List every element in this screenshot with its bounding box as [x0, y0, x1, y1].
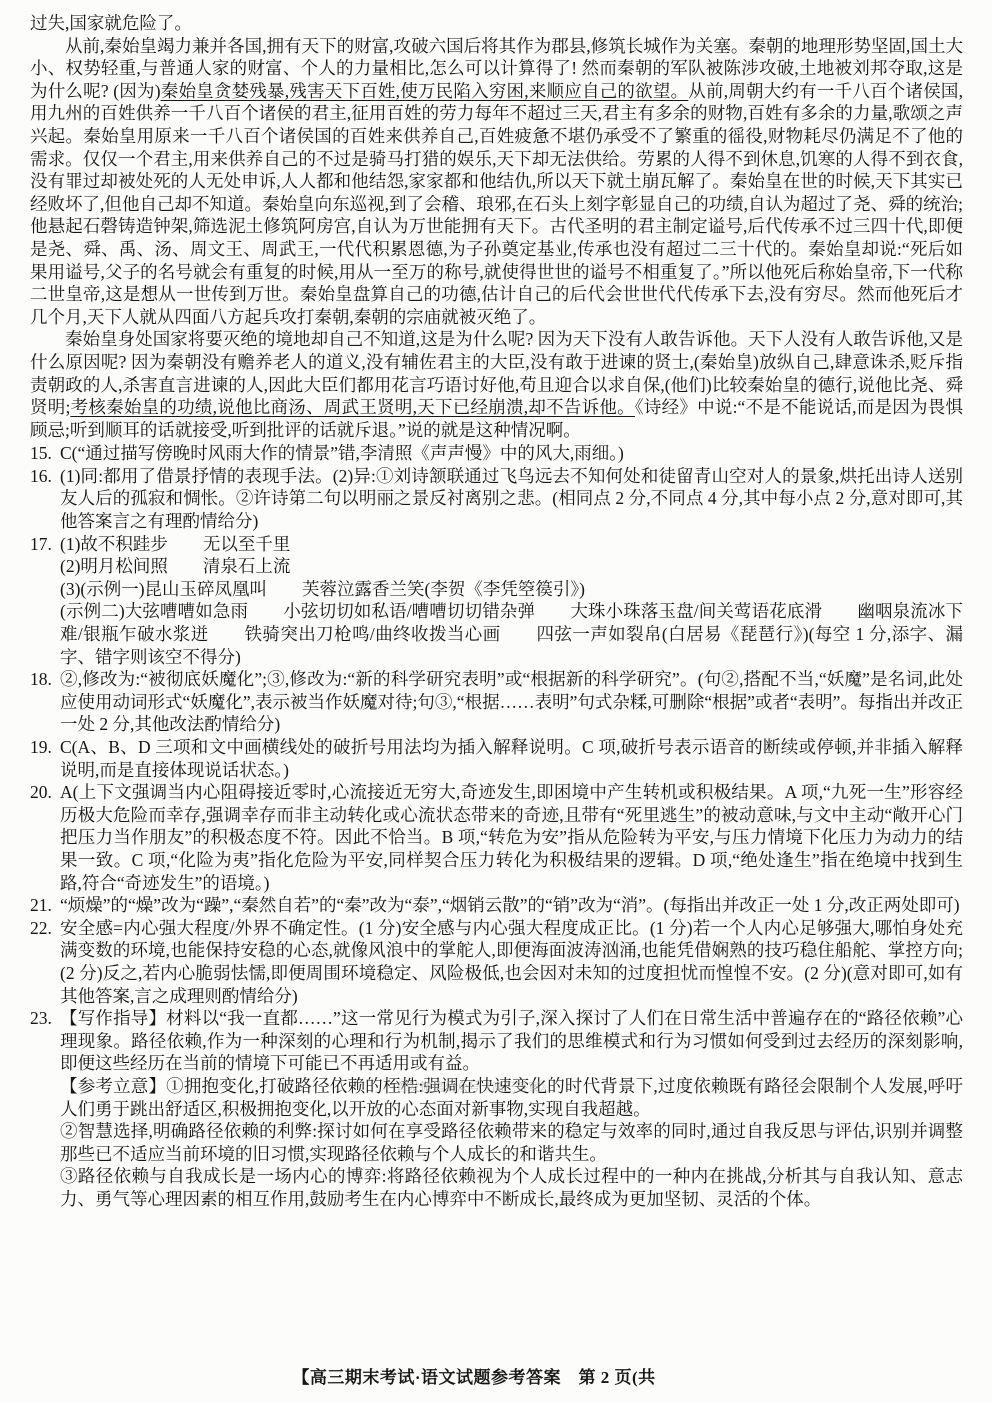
- answer-paragraph: (示例二)大弦嘈嘈如急雨 小弦切切如私语/嘈嘈切切错杂弹 大珠小珠落玉盘/间关莺…: [60, 600, 963, 668]
- answer-item: 18.②,修改为:“被彻底妖魔化”;③,修改为:“新的科学研究表明”或“根据新的…: [30, 668, 963, 736]
- paragraph-opening: 过失,国家就危险了。: [30, 12, 963, 35]
- answers-list: 15.C(“通过描写傍晚时风雨大作的情景”错,李清照《声声慢》中的风大,雨细。)…: [30, 442, 963, 1210]
- answer-paragraph: ②,修改为:“被彻底妖魔化”;③,修改为:“新的科学研究表明”或“根据新的科学研…: [60, 668, 963, 736]
- answer-number: 21.: [30, 894, 60, 917]
- answer-number: 22.: [30, 917, 60, 940]
- answer-paragraph: ②智慧选择,明确路径依赖的利弊:探讨如何在享受路径依赖带来的稳定与效率的同时,通…: [60, 1120, 963, 1165]
- answer-item: 17.(1)故不积跬步 无以至千里(2)明月松间照 清泉石上流(3)(示例一)昆…: [30, 533, 963, 669]
- answer-paragraph: C(A、B、D 三项和文中画横线处的破折号用法均为插入解释说明。C 项,破折号表…: [60, 736, 963, 781]
- answer-number: 18.: [30, 668, 60, 691]
- answer-content: (1)同:都用了借景抒情的表现手法。(2)异:①刘诗颔联通过飞鸟远去不知何处和徒…: [60, 465, 963, 533]
- answer-content: (1)故不积跬步 无以至千里(2)明月松间照 清泉石上流(3)(示例一)昆山玉碎…: [60, 533, 963, 669]
- answer-number: 16.: [30, 465, 60, 488]
- answer-content: 【写作指导】材料以“我一直都……”这一常见行为模式为引子,深入探讨了人们在日常生…: [60, 1007, 963, 1210]
- paragraph-reason-translation: 秦始皇身处国家将要灭绝的境地却自己不知道,这是为什么呢? 因为天下没有人敢告诉他…: [30, 328, 963, 441]
- answer-paragraph: (1)同:都用了借景抒情的表现手法。(2)异:①刘诗颔联通过飞鸟远去不知何处和徒…: [60, 465, 963, 533]
- answer-paragraph: (3)(示例一)昆山玉碎凤凰叫 芙蓉泣露香兰笑(李贺《李凭箜篌引》): [60, 578, 963, 601]
- answer-item: 19.C(A、B、D 三项和文中画横线处的破折号用法均为插入解释说明。C 项,破…: [30, 736, 963, 781]
- answer-content: C(A、B、D 三项和文中画横线处的破折号用法均为插入解释说明。C 项,破折号表…: [60, 736, 963, 781]
- answer-number: 15.: [30, 442, 60, 465]
- paragraph-qin-post: 从前,周朝大约有一千八百个诸侯国,用九州的百姓供养一千八百个诸侯的君主,征用百姓…: [30, 81, 963, 327]
- answer-content: C(“通过描写傍晚时风雨大作的情景”错,李清照《声声慢》中的风大,雨细。): [60, 442, 963, 465]
- underlined-segment-1: 秦始皇贪婪残暴,残害天下百姓,使万民陷入穷困,来顺应自己的欲望。: [161, 81, 689, 101]
- answer-item: 16.(1)同:都用了借景抒情的表现手法。(2)异:①刘诗颔联通过飞鸟远去不知何…: [30, 465, 963, 533]
- answer-number: 19.: [30, 736, 60, 759]
- footer-page-label: 【高三期末考试·语文试题参考答案 第 2 页(共: [0, 1367, 970, 1390]
- answer-number: 23.: [30, 1007, 60, 1030]
- answer-paragraph: 【参考立意】①拥抱变化,打破路径依赖的桎梏:强调在快速变化的时代背景下,过度依赖…: [60, 1075, 963, 1120]
- answer-item: 15.C(“通过描写傍晚时风雨大作的情景”错,李清照《声声慢》中的风大,雨细。): [30, 442, 963, 465]
- answer-paragraph: (1)故不积跬步 无以至千里: [60, 533, 963, 556]
- answer-number: 20.: [30, 781, 60, 804]
- answer-item: 21.“烦燥”的“燥”改为“躁”,“秦然自若”的“秦”改为“泰”,“烟销云散”的…: [30, 894, 963, 917]
- paragraph-qin-translation: 从前,秦始皇竭力兼并各国,拥有天下的财富,攻破六国后将其作为郡县,修筑长城作为关…: [30, 35, 963, 329]
- body-text: 过失,国家就危险了。 从前,秦始皇竭力兼并各国,拥有天下的财富,攻破六国后将其作…: [30, 12, 963, 1210]
- answer-content: A(上下文强调当内心阻碍接近零时,心流接近无穷大,奇迹发生,即困境中产生转机或积…: [60, 781, 963, 894]
- answer-content: “烦燥”的“燥”改为“躁”,“秦然自若”的“秦”改为“泰”,“烟销云散”的“销”…: [60, 894, 963, 917]
- answer-item: 22.安全感=内心强大程度/外界不确定性。(1 分)安全感与内心强大程度成正比。…: [30, 917, 963, 1007]
- answer-paragraph: 安全感=内心强大程度/外界不确定性。(1 分)安全感与内心强大程度成正比。(1 …: [60, 917, 963, 1007]
- answer-paragraph: A(上下文强调当内心阻碍接近零时,心流接近无穷大,奇迹发生,即困境中产生转机或积…: [60, 781, 963, 894]
- answer-item: 20.A(上下文强调当内心阻碍接近零时,心流接近无穷大,奇迹发生,即困境中产生转…: [30, 781, 963, 894]
- answer-paragraph: C(“通过描写傍晚时风雨大作的情景”错,李清照《声声慢》中的风大,雨细。): [60, 442, 963, 465]
- answer-paragraph: “烦燥”的“燥”改为“躁”,“秦然自若”的“秦”改为“泰”,“烟销云散”的“销”…: [60, 894, 963, 917]
- answer-paragraph: 【写作指导】材料以“我一直都……”这一常见行为模式为引子,深入探讨了人们在日常生…: [60, 1007, 963, 1075]
- answer-content: ②,修改为:“被彻底妖魔化”;③,修改为:“新的科学研究表明”或“根据新的科学研…: [60, 668, 963, 736]
- page: 过失,国家就危险了。 从前,秦始皇竭力兼并各国,拥有天下的财富,攻破六国后将其作…: [0, 0, 992, 1403]
- answer-paragraph: (2)明月松间照 清泉石上流: [60, 555, 963, 578]
- answer-paragraph: ③路径依赖与自我成长是一场内心的博弈:将路径依赖视为个人成长过程中的一种内在挑战…: [60, 1165, 963, 1210]
- underlined-segment-2: 考核秦始皇的功绩,说他比商汤、周武王贤明,天下已经崩溃,却不告诉他。: [70, 397, 635, 417]
- answer-content: 安全感=内心强大程度/外界不确定性。(1 分)安全感与内心强大程度成正比。(1 …: [60, 917, 963, 1007]
- answer-item: 23.【写作指导】材料以“我一直都……”这一常见行为模式为引子,深入探讨了人们在…: [30, 1007, 963, 1210]
- answer-number: 17.: [30, 533, 60, 556]
